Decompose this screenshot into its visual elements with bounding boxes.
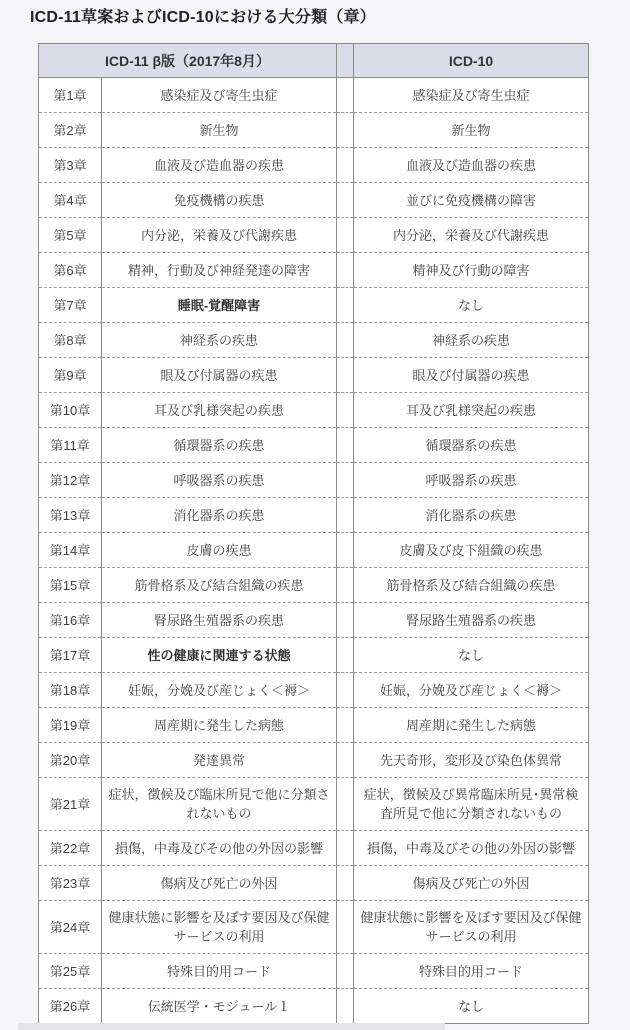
icd10-cell: 腎尿路生殖器系の疾患 bbox=[354, 603, 589, 638]
table-row: 第16章 腎尿路生殖器系の疾患 腎尿路生殖器系の疾患 bbox=[39, 603, 589, 638]
table-row: 第15章 筋骨格系及び結合組織の疾患 筋骨格系及び結合組織の疾患 bbox=[39, 568, 589, 603]
table-row: 第23章 傷病及び死亡の外因 傷病及び死亡の外因 bbox=[39, 866, 589, 901]
table-row: 第18章 妊娠，分娩及び産じょく＜褥＞ 妊娠，分娩及び産じょく＜褥＞ bbox=[39, 673, 589, 708]
icd11-cell: 傷病及び死亡の外因 bbox=[102, 866, 337, 901]
chapter-cell: 第4章 bbox=[39, 183, 102, 218]
icd11-cell: 呼吸器系の疾患 bbox=[102, 463, 337, 498]
table-row: 第5章 内分泌，栄養及び代謝疾患 内分泌，栄養及び代謝疾患 bbox=[39, 218, 589, 253]
icd11-cell: 血液及び造血器の疾患 bbox=[102, 148, 337, 183]
table-row: 第14章 皮膚の疾患 皮膚及び皮下組織の疾患 bbox=[39, 533, 589, 568]
icd11-cell: 妊娠，分娩及び産じょく＜褥＞ bbox=[102, 673, 337, 708]
chapter-cell: 第5章 bbox=[39, 218, 102, 253]
icd11-cell: 周産期に発生した病態 bbox=[102, 708, 337, 743]
icd10-cell: 特殊目的用コード bbox=[354, 954, 589, 989]
icd11-cell: 伝統医学・モジュール１ bbox=[102, 989, 337, 1024]
table-row: 第22章 損傷，中毒及びその他の外因の影響 損傷，中毒及びその他の外因の影響 bbox=[39, 831, 589, 866]
chapter-cell: 第1章 bbox=[39, 78, 102, 113]
icd11-cell: 症状，徴候及び臨床所見で他に分類されないもの bbox=[102, 778, 337, 831]
icd11-cell: 眼及び付属器の疾患 bbox=[102, 358, 337, 393]
spacer-cell bbox=[337, 218, 354, 253]
icd10-cell: なし bbox=[354, 638, 589, 673]
spacer-cell bbox=[337, 288, 354, 323]
table-row: 第13章 消化器系の疾患 消化器系の疾患 bbox=[39, 498, 589, 533]
chapter-cell: 第2章 bbox=[39, 113, 102, 148]
icd11-cell: 性の健康に関連する状態 bbox=[102, 638, 337, 673]
chapter-cell: 第21章 bbox=[39, 778, 102, 831]
icd10-cell: 眼及び付属器の疾患 bbox=[354, 358, 589, 393]
page-title: ICD-11草案およびICD-10における大分類（章） bbox=[30, 4, 376, 27]
chapter-cell: 第10章 bbox=[39, 393, 102, 428]
icd10-cell: 健康状態に影響を及ぼす要因及び保健サービスの利用 bbox=[354, 901, 589, 954]
icd10-cell: 内分泌，栄養及び代謝疾患 bbox=[354, 218, 589, 253]
icd10-cell: 感染症及び寄生虫症 bbox=[354, 78, 589, 113]
table-row: 第8章 神経系の疾患 神経系の疾患 bbox=[39, 323, 589, 358]
spacer-cell bbox=[337, 603, 354, 638]
table-row: 第21章 症状，徴候及び臨床所見で他に分類されないもの 症状，徴候及び異常臨床所… bbox=[39, 778, 589, 831]
table-row: 第9章 眼及び付属器の疾患 眼及び付属器の疾患 bbox=[39, 358, 589, 393]
spacer-cell bbox=[337, 638, 354, 673]
table-row: 第4章 免疫機構の疾患 並びに免疫機構の障害 bbox=[39, 183, 589, 218]
icd10-cell: 呼吸器系の疾患 bbox=[354, 463, 589, 498]
column-header-icd10: ICD-10 bbox=[354, 44, 589, 78]
table-header-row: ICD-11 β版（2017年8月） ICD-10 bbox=[39, 44, 589, 78]
icd10-cell: 神経系の疾患 bbox=[354, 323, 589, 358]
table-row: 第11章 循環器系の疾患 循環器系の疾患 bbox=[39, 428, 589, 463]
icd10-cell: 並びに免疫機構の障害 bbox=[354, 183, 589, 218]
icd10-cell: 耳及び乳様突起の疾患 bbox=[354, 393, 589, 428]
spacer-cell bbox=[337, 673, 354, 708]
table-row: 第2章 新生物 新生物 bbox=[39, 113, 589, 148]
icd11-cell: 内分泌，栄養及び代謝疾患 bbox=[102, 218, 337, 253]
spacer-cell bbox=[337, 533, 354, 568]
chapter-cell: 第18章 bbox=[39, 673, 102, 708]
icd11-cell: 皮膚の疾患 bbox=[102, 533, 337, 568]
spacer-cell bbox=[337, 253, 354, 288]
icd10-cell: 先天奇形，変形及び染色体異常 bbox=[354, 743, 589, 778]
spacer-cell bbox=[337, 831, 354, 866]
icd10-cell: 周産期に発生した病態 bbox=[354, 708, 589, 743]
spacer-cell bbox=[337, 148, 354, 183]
icd10-cell: 傷病及び死亡の外因 bbox=[354, 866, 589, 901]
chapter-cell: 第13章 bbox=[39, 498, 102, 533]
table-row: 第1章 感染症及び寄生虫症 感染症及び寄生虫症 bbox=[39, 78, 589, 113]
icd11-cell: 感染症及び寄生虫症 bbox=[102, 78, 337, 113]
icd11-cell: 発達異常 bbox=[102, 743, 337, 778]
chapter-cell: 第23章 bbox=[39, 866, 102, 901]
chapter-cell: 第15章 bbox=[39, 568, 102, 603]
table-row: 第26章 伝統医学・モジュール１ なし bbox=[39, 989, 589, 1024]
icd10-cell: 筋骨格系及び結合組織の疾患 bbox=[354, 568, 589, 603]
table-row: 第17章 性の健康に関連する状態 なし bbox=[39, 638, 589, 673]
icd10-cell: 精神及び行動の障害 bbox=[354, 253, 589, 288]
table-row: 第19章 周産期に発生した病態 周産期に発生した病態 bbox=[39, 708, 589, 743]
icd10-cell: 循環器系の疾患 bbox=[354, 428, 589, 463]
spacer-cell bbox=[337, 393, 354, 428]
table-row: 第25章 特殊目的用コード 特殊目的用コード bbox=[39, 954, 589, 989]
chapter-cell: 第22章 bbox=[39, 831, 102, 866]
spacer-cell bbox=[337, 358, 354, 393]
icd10-cell: 新生物 bbox=[354, 113, 589, 148]
spacer-cell bbox=[337, 954, 354, 989]
spacer-cell bbox=[337, 708, 354, 743]
column-header-icd11: ICD-11 β版（2017年8月） bbox=[39, 44, 337, 78]
table-row: 第6章 精神，行動及び神経発達の障害 精神及び行動の障害 bbox=[39, 253, 589, 288]
icd11-cell: 精神，行動及び神経発達の障害 bbox=[102, 253, 337, 288]
spacer-cell bbox=[337, 498, 354, 533]
spacer-cell bbox=[337, 778, 354, 831]
table-row: 第7章 睡眠-覚醒障害 なし bbox=[39, 288, 589, 323]
icd11-cell: 筋骨格系及び結合組織の疾患 bbox=[102, 568, 337, 603]
partial-element-below-table bbox=[18, 1023, 445, 1030]
icd10-cell: なし bbox=[354, 989, 589, 1024]
chapter-cell: 第14章 bbox=[39, 533, 102, 568]
chapter-cell: 第12章 bbox=[39, 463, 102, 498]
icd10-cell: 消化器系の疾患 bbox=[354, 498, 589, 533]
table-row: 第3章 血液及び造血器の疾患 血液及び造血器の疾患 bbox=[39, 148, 589, 183]
icd10-cell: 症状，徴候及び異常臨床所見･異常検査所見で他に分類されないもの bbox=[354, 778, 589, 831]
spacer-cell bbox=[337, 183, 354, 218]
chapter-cell: 第26章 bbox=[39, 989, 102, 1024]
table-row: 第20章 発達異常 先天奇形，変形及び染色体異常 bbox=[39, 743, 589, 778]
chapter-cell: 第11章 bbox=[39, 428, 102, 463]
icd10-cell: 妊娠，分娩及び産じょく＜褥＞ bbox=[354, 673, 589, 708]
icd11-cell: 免疫機構の疾患 bbox=[102, 183, 337, 218]
icd10-cell: 損傷，中毒及びその他の外因の影響 bbox=[354, 831, 589, 866]
icd10-cell: なし bbox=[354, 288, 589, 323]
icd11-cell: 特殊目的用コード bbox=[102, 954, 337, 989]
spacer-cell bbox=[337, 463, 354, 498]
icd11-cell: 健康状態に影響を及ぼす要因及び保健サービスの利用 bbox=[102, 901, 337, 954]
chapter-cell: 第16章 bbox=[39, 603, 102, 638]
chapter-cell: 第3章 bbox=[39, 148, 102, 183]
chapter-cell: 第20章 bbox=[39, 743, 102, 778]
icd11-cell: 新生物 bbox=[102, 113, 337, 148]
chapter-cell: 第9章 bbox=[39, 358, 102, 393]
icd11-cell: 損傷，中毒及びその他の外因の影響 bbox=[102, 831, 337, 866]
spacer-cell bbox=[337, 323, 354, 358]
spacer-cell bbox=[337, 743, 354, 778]
icd11-cell: 腎尿路生殖器系の疾患 bbox=[102, 603, 337, 638]
spacer-cell bbox=[337, 78, 354, 113]
chapter-cell: 第17章 bbox=[39, 638, 102, 673]
chapter-cell: 第7章 bbox=[39, 288, 102, 323]
spacer-cell bbox=[337, 989, 354, 1024]
icd11-cell: 睡眠-覚醒障害 bbox=[102, 288, 337, 323]
icd11-cell: 循環器系の疾患 bbox=[102, 428, 337, 463]
spacer-cell bbox=[337, 866, 354, 901]
page: ICD-11草案およびICD-10における大分類（章） ICD-11 β版（20… bbox=[0, 0, 630, 1030]
chapter-cell: 第25章 bbox=[39, 954, 102, 989]
table-row: 第10章 耳及び乳様突起の疾患 耳及び乳様突起の疾患 bbox=[39, 393, 589, 428]
chapter-cell: 第8章 bbox=[39, 323, 102, 358]
icd11-cell: 耳及び乳様突起の疾患 bbox=[102, 393, 337, 428]
table-row: 第12章 呼吸器系の疾患 呼吸器系の疾患 bbox=[39, 463, 589, 498]
spacer-cell bbox=[337, 901, 354, 954]
table-body: 第1章 感染症及び寄生虫症 感染症及び寄生虫症 第2章 新生物 新生物 第3章 … bbox=[39, 78, 589, 1024]
chapter-cell: 第19章 bbox=[39, 708, 102, 743]
icd11-cell: 消化器系の疾患 bbox=[102, 498, 337, 533]
spacer-cell bbox=[337, 113, 354, 148]
icd-comparison-table: ICD-11 β版（2017年8月） ICD-10 第1章 感染症及び寄生虫症 … bbox=[38, 43, 589, 1024]
icd10-cell: 血液及び造血器の疾患 bbox=[354, 148, 589, 183]
spacer-cell bbox=[337, 568, 354, 603]
icd11-cell: 神経系の疾患 bbox=[102, 323, 337, 358]
spacer-cell bbox=[337, 428, 354, 463]
chapter-cell: 第24章 bbox=[39, 901, 102, 954]
column-header-spacer bbox=[337, 44, 354, 78]
chapter-cell: 第6章 bbox=[39, 253, 102, 288]
icd10-cell: 皮膚及び皮下組織の疾患 bbox=[354, 533, 589, 568]
table-row: 第24章 健康状態に影響を及ぼす要因及び保健サービスの利用 健康状態に影響を及ぼ… bbox=[39, 901, 589, 954]
